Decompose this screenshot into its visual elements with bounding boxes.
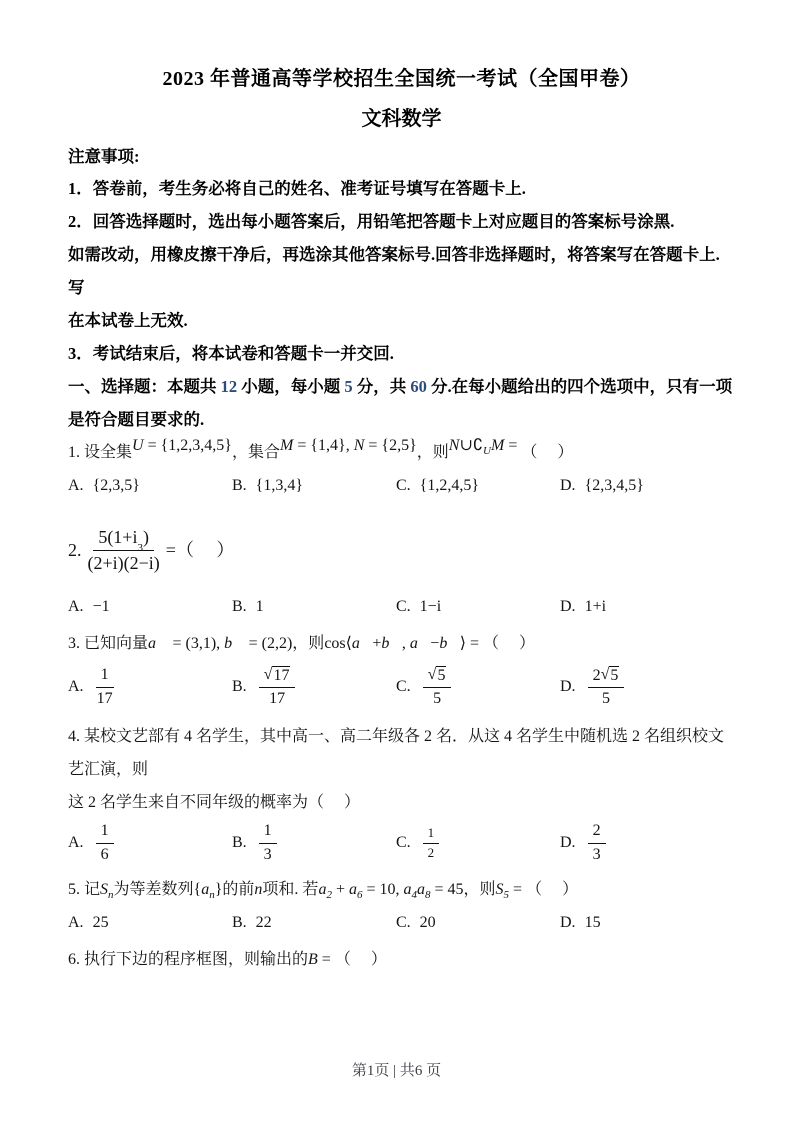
question-4-options: A.16B.13C.12D.23 bbox=[68, 819, 735, 867]
question-6-text: 6. 执行下边的程序框图，则输出的B = （ ） bbox=[68, 943, 735, 976]
option-label: A. bbox=[68, 590, 84, 623]
question-1-options: A.{2,3,5}B.{1,3,4}C.{1,2,4,5}D.{2,3,4,5} bbox=[68, 469, 735, 502]
option-value: 12 bbox=[420, 826, 443, 861]
option-b: B.13 bbox=[232, 822, 396, 864]
option-label: D. bbox=[560, 678, 576, 696]
option-d: D.15 bbox=[560, 906, 735, 939]
sqrt-radical: √17 bbox=[264, 666, 291, 685]
question-4-text-line-1: 4. 某校文艺部有 4 名学生，其中高一、高二年级各 2 名．从这 4 名学生中… bbox=[68, 720, 735, 786]
fraction: √55 bbox=[423, 666, 452, 709]
option-value: {2,3,4,5} bbox=[585, 469, 644, 502]
option-label: B. bbox=[232, 678, 247, 696]
option-value: 117 bbox=[93, 666, 117, 708]
option-label: C. bbox=[396, 590, 411, 623]
option-value: √1717 bbox=[256, 666, 299, 709]
option-d: D.2√55 bbox=[560, 666, 735, 709]
option-c: C.{1,2,4,5} bbox=[396, 469, 560, 502]
option-label: C. bbox=[396, 834, 411, 852]
question-2-options: A.−1B.1C.1−iD.1+i bbox=[68, 590, 735, 623]
notice-line-1: 1．答卷前，考生务必将自己的姓名、准考证号填写在答题卡上. bbox=[68, 172, 735, 205]
page-footer: 第1页 | 共6 页 bbox=[0, 1059, 793, 1080]
option-a: A.25 bbox=[68, 906, 232, 939]
option-label: B. bbox=[232, 834, 247, 852]
option-b: B.√1717 bbox=[232, 666, 396, 709]
question-1: 1. 设全集U = {1,2,3,4,5}，集合M = {1,4}, N = {… bbox=[68, 436, 735, 502]
option-value: 2√55 bbox=[585, 666, 628, 709]
fraction: 117 bbox=[96, 666, 114, 708]
option-value: 22 bbox=[256, 906, 272, 939]
option-label: A. bbox=[68, 678, 84, 696]
question-2-text: 2. 5(1+i3)(2+i)(2−i) = （ ） bbox=[68, 510, 735, 590]
option-c: C.20 bbox=[396, 906, 560, 939]
option-label: A. bbox=[68, 469, 84, 502]
question-4: 4. 某校文艺部有 4 名学生，其中高一、高二年级各 2 名．从这 4 名学生中… bbox=[68, 720, 735, 867]
option-label: B. bbox=[232, 469, 247, 502]
fraction: 13 bbox=[259, 822, 277, 864]
option-label: C. bbox=[396, 469, 411, 502]
option-value: 20 bbox=[420, 906, 436, 939]
option-value: 1−i bbox=[420, 590, 441, 623]
option-value: {1,3,4} bbox=[256, 469, 303, 502]
option-b: B.22 bbox=[232, 906, 396, 939]
option-a: A.117 bbox=[68, 666, 232, 708]
notice-line-2-cont2: 在本试卷上无效. bbox=[68, 304, 735, 337]
sqrt-radical: √5 bbox=[428, 666, 447, 685]
option-value: √55 bbox=[420, 666, 455, 709]
option-a: A.16 bbox=[68, 822, 232, 864]
sqrt-radical: √5 bbox=[601, 666, 620, 685]
option-value: 15 bbox=[585, 906, 601, 939]
question-1-text: 1. 设全集U = {1,2,3,4,5}，集合M = {1,4}, N = {… bbox=[68, 436, 735, 469]
option-d: D.23 bbox=[560, 822, 735, 864]
option-value: 13 bbox=[256, 822, 280, 864]
option-value: 25 bbox=[93, 906, 109, 939]
option-label: C. bbox=[396, 906, 411, 939]
option-label: D. bbox=[560, 469, 576, 502]
exam-page: 2023 年普通高等学校招生全国统一考试（全国甲卷） 文科数学 注意事项: 1．… bbox=[0, 0, 793, 1122]
fraction: 2√55 bbox=[588, 666, 625, 709]
notice-heading: 注意事项: bbox=[68, 142, 735, 172]
option-value: 1 bbox=[256, 590, 264, 623]
section-heading-line-1: 一、选择题：本题共 12 小题，每小题 5 分，共 60 分.在每小题给出的四个… bbox=[68, 370, 735, 403]
notice-line-2: 2．回答选择题时，选出每小题答案后，用铅笔把答题卡上对应题目的答案标号涂黑. bbox=[68, 205, 735, 238]
section-heading-line-2: 是符合题目要求的. bbox=[68, 403, 735, 436]
notice-line-2-cont: 如需改动，用橡皮擦干净后，再选涂其他答案标号.回答非选择题时，将答案写在答题卡上… bbox=[68, 238, 735, 304]
option-c: C.√55 bbox=[396, 666, 560, 709]
option-a: A.−1 bbox=[68, 590, 232, 623]
option-a: A.{2,3,5} bbox=[68, 469, 232, 502]
option-value: {1,2,4,5} bbox=[420, 469, 479, 502]
option-b: B.{1,3,4} bbox=[232, 469, 396, 502]
question-5: 5. 记Sn为等差数列{an}的前n项和. 若a2 + a6 = 10, a4a… bbox=[68, 873, 735, 939]
option-label: A. bbox=[68, 834, 84, 852]
question-3-text: 3. 已知向量a⃗ = (3,1), b⃗ = (2,2)，则cos⟨a⃗+b⃗… bbox=[68, 627, 735, 660]
question-6: 6. 执行下边的程序框图，则输出的B = （ ） bbox=[68, 943, 735, 976]
option-value: 23 bbox=[585, 822, 609, 864]
option-d: D.{2,3,4,5} bbox=[560, 469, 735, 502]
option-value: 16 bbox=[93, 822, 117, 864]
option-value: {2,3,5} bbox=[93, 469, 140, 502]
option-label: D. bbox=[560, 906, 576, 939]
option-c: C.12 bbox=[396, 826, 560, 861]
question-2: 2. 5(1+i3)(2+i)(2−i) = （ ） A.−1B.1C.1−iD… bbox=[68, 510, 735, 623]
option-label: D. bbox=[560, 834, 576, 852]
option-value: 1+i bbox=[585, 590, 606, 623]
option-value: −1 bbox=[93, 590, 110, 623]
option-d: D.1+i bbox=[560, 590, 735, 623]
question-3-options: A.117B.√1717C.√55D.2√55 bbox=[68, 660, 735, 714]
option-c: C.1−i bbox=[396, 590, 560, 623]
notice-line-3: 3．考试结束后，将本试卷和答题卡一并交回. bbox=[68, 337, 735, 370]
question-4-text-line-2: 这 2 名学生来自不同年级的概率为（ ） bbox=[68, 786, 735, 819]
exam-subtitle: 文科数学 bbox=[68, 104, 735, 134]
option-label: D. bbox=[560, 590, 576, 623]
exam-title: 2023 年普通高等学校招生全国统一考试（全国甲卷） bbox=[68, 64, 735, 94]
fraction: 23 bbox=[588, 822, 606, 864]
option-b: B.1 bbox=[232, 590, 396, 623]
question-5-options: A.25B.22C.20D.15 bbox=[68, 906, 735, 939]
fraction: 16 bbox=[96, 822, 114, 864]
fraction: √1717 bbox=[259, 666, 296, 709]
question-5-text: 5. 记Sn为等差数列{an}的前n项和. 若a2 + a6 = 10, a4a… bbox=[68, 873, 735, 906]
option-label: A. bbox=[68, 906, 84, 939]
option-label: B. bbox=[232, 590, 247, 623]
option-label: C. bbox=[396, 678, 411, 696]
fraction: 12 bbox=[423, 826, 440, 861]
fraction: 5(1+i3)(2+i)(2−i) bbox=[88, 527, 160, 573]
question-3: 3. 已知向量a⃗ = (3,1), b⃗ = (2,2)，则cos⟨a⃗+b⃗… bbox=[68, 627, 735, 714]
option-label: B. bbox=[232, 906, 247, 939]
